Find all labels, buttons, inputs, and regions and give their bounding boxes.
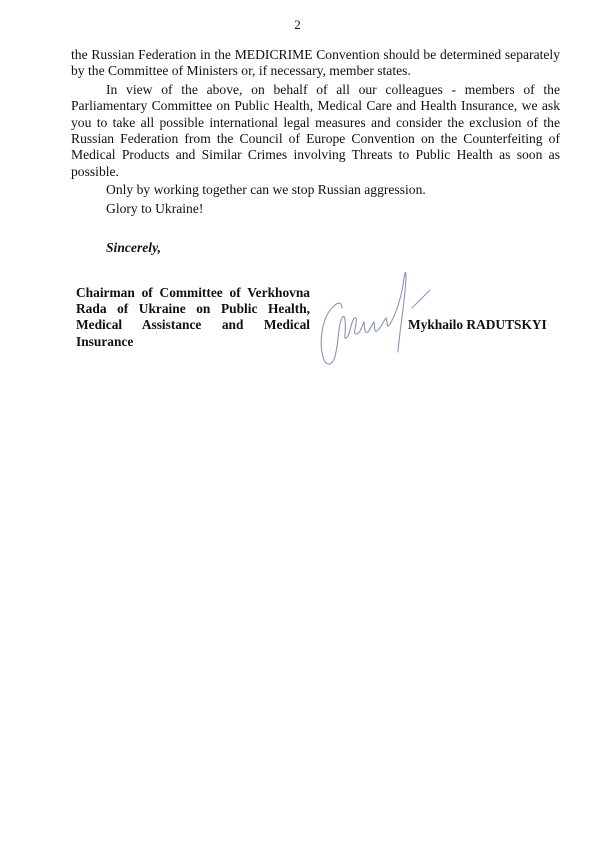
signatory-title-line: Rada of Ukraine on Public Health, (76, 301, 310, 317)
signatory-title-line: Insurance (76, 334, 310, 350)
signatory-title-line: Medical Assistance and Medical (76, 317, 310, 333)
letter-body: the Russian Federation in the MEDICRIME … (71, 47, 560, 217)
paragraph-slogan: Glory to Ukraine! (71, 201, 560, 217)
paragraph-continuation: the Russian Federation in the MEDICRIME … (71, 47, 560, 80)
signer-name: Mykhailo RADUTSKYI (408, 317, 547, 333)
signatory-title-line: Chairman of Committee of Verkhovna (76, 285, 310, 301)
paragraph-request: In view of the above, on behalf of all o… (71, 82, 560, 180)
page-number: 2 (0, 17, 595, 33)
signatory-title: Chairman of Committee of Verkhovna Rada … (76, 285, 310, 350)
closing: Sincerely, (106, 240, 161, 256)
paragraph-appeal: Only by working together can we stop Rus… (71, 182, 560, 198)
